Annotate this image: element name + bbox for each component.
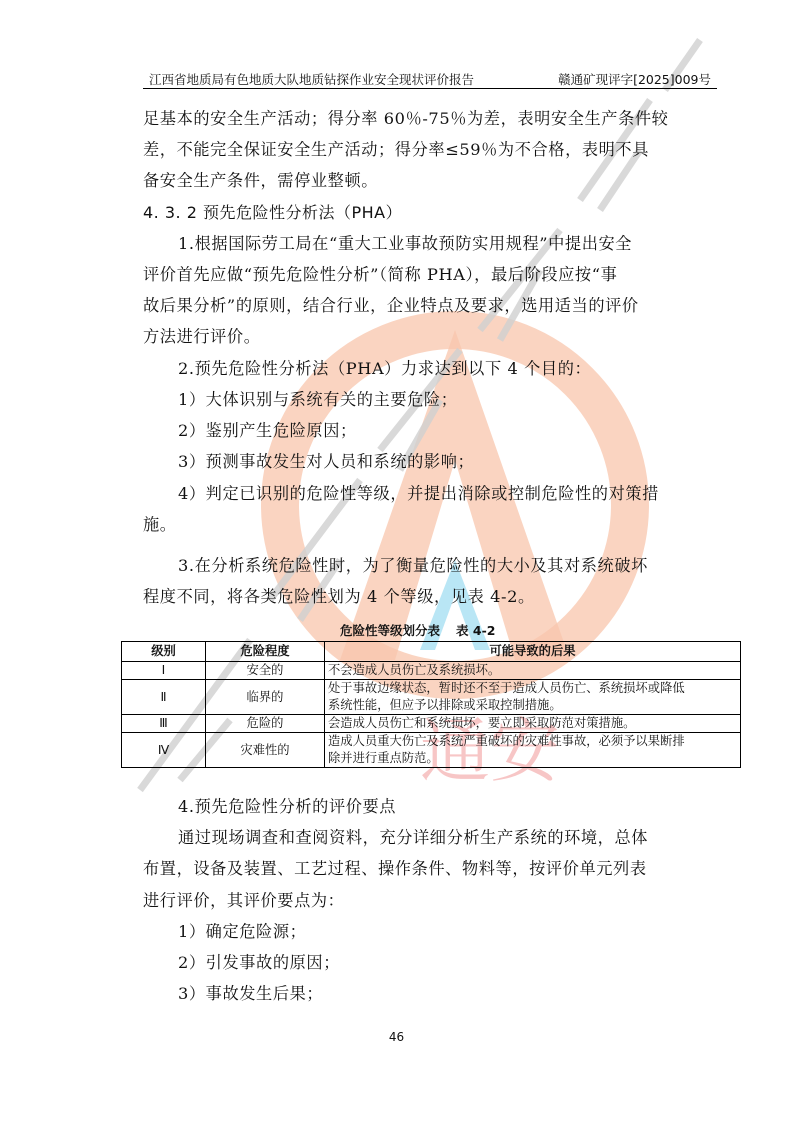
table-row: Ⅳ 灾难性的 造成人员重大伤亡及系统严重破坏的灾难性事故，必须予以果断排除并进行…	[122, 733, 741, 768]
paragraph-line: 施。	[143, 509, 719, 540]
cell-level: Ⅲ	[122, 715, 206, 733]
table-row: Ⅲ 危险的 会造成人员伤亡和系统损坏，要立即采取防范对策措施。	[122, 715, 741, 733]
list-item: 1）确定危险源；	[178, 916, 718, 947]
paragraph-line: 方法进行评价。	[143, 321, 719, 352]
document-number: 赣通矿现评字[2025]009号	[558, 70, 711, 88]
paragraph-line: 进行评价，其评价要点为：	[143, 885, 719, 916]
cell-consequence: 会造成人员伤亡和系统损坏，要立即采取防范对策措施。	[325, 715, 741, 733]
header-level: 级别	[122, 642, 206, 662]
cell-level: Ⅱ	[122, 680, 206, 715]
table-header-row: 级别 危险程度 可能导致的后果	[122, 642, 741, 662]
header-degree: 危险程度	[206, 642, 325, 662]
paragraph-line: 评价首先应做“预先危险性分析”（简称 PHA），最后阶段应按“事	[143, 259, 719, 290]
paragraph-line: 布置，设备及装置、工艺过程、操作条件、物料等，按评价单元列表	[143, 853, 719, 884]
page-header: 江西省地质局有色地质大队地质钻探作业安全现状评价报告 赣通矿现评字[2025]0…	[143, 68, 717, 89]
paragraph-line: 4.预先危险性分析的评价要点	[178, 791, 718, 822]
paragraph-line: 差，不能完全保证安全生产活动；得分率≤59％为不合格，表明不具	[143, 134, 719, 165]
cell-level: Ⅳ	[122, 733, 206, 768]
cell-consequence: 处于事故边缘状态，暂时还不至于造成人员伤亡、系统损坏或降低系统性能，但应予以排除…	[325, 680, 741, 715]
cell-consequence-line: 造成人员重大伤亡及系统严重破坏的灾难性事故，必须予以果断排	[328, 733, 737, 750]
paragraph-line: 通过现场调查和查阅资料，充分详细分析生产系统的环境，总体	[178, 822, 718, 853]
cell-consequence: 造成人员重大伤亡及系统严重破坏的灾难性事故，必须予以果断排除并进行重点防范。	[325, 733, 741, 768]
cell-consequence-line: 不会造成人员伤亡及系统损坏。	[328, 662, 737, 679]
table-row: Ⅱ 临界的 处于事故边缘状态，暂时还不至于造成人员伤亡、系统损坏或降低系统性能，…	[122, 680, 741, 715]
list-item: 3）事故发生后果；	[178, 978, 718, 1009]
report-title: 江西省地质局有色地质大队地质钻探作业安全现状评价报告	[149, 70, 474, 88]
paragraph-line: 足基本的安全生产活动；得分率 60％-75％为差，表明安全生产条件较	[143, 103, 719, 134]
list-item: 2）引发事故的原因；	[178, 947, 718, 978]
paragraph-line: 故后果分析”的原则，结合行业，企业特点及要求，选用适当的评价	[143, 290, 719, 321]
cell-consequence-line: 系统性能，但应予以排除或采取控制措施。	[328, 697, 737, 714]
hazard-grade-table: 级别 危险程度 可能导致的后果 Ⅰ 安全的 不会造成人员伤亡及系统损坏。 Ⅱ 临…	[121, 641, 741, 768]
cell-degree: 安全的	[206, 662, 325, 680]
cell-degree: 灾难性的	[206, 733, 325, 768]
table-caption-number: 表 4-2	[456, 623, 495, 638]
paragraph-line: 备安全生产条件，需停业整顿。	[143, 165, 719, 196]
cell-consequence-line: 处于事故边缘状态，暂时还不至于造成人员伤亡、系统损坏或降低	[328, 680, 737, 697]
list-item: 4）判定已识别的危险性等级，并提出消除或控制危险性的对策措	[178, 478, 718, 509]
cell-consequence-line: 会造成人员伤亡和系统损坏，要立即采取防范对策措施。	[328, 715, 737, 732]
table-caption-title: 危险性等级划分表	[340, 623, 440, 638]
cell-level: Ⅰ	[122, 662, 206, 680]
list-item: 3）预测事故发生对人员和系统的影响；	[178, 446, 718, 477]
cell-consequence: 不会造成人员伤亡及系统损坏。	[325, 662, 741, 680]
list-item: 2）鉴别产生危险原因；	[178, 415, 718, 446]
cell-consequence-line: 除并进行重点防范。	[328, 750, 737, 767]
paragraph-line: 2.预先危险性分析法（PHA）力求达到以下 4 个目的：	[178, 353, 718, 384]
table-caption: 危险性等级划分表表 4-2	[340, 621, 495, 639]
table-row: Ⅰ 安全的 不会造成人员伤亡及系统损坏。	[122, 662, 741, 680]
paragraph-line: 程度不同，将各类危险性划为 4 个等级，见表 4-2。	[143, 581, 719, 612]
paragraph-line: 1.根据国际劳工局在“重大工业事故预防实用规程”中提出安全	[178, 228, 718, 259]
page-number: 46	[0, 1030, 793, 1044]
cell-degree: 临界的	[206, 680, 325, 715]
header-consequence: 可能导致的后果	[325, 642, 741, 662]
paragraph-line: 3.在分析系统危险性时，为了衡量危险性的大小及其对系统破坏	[178, 550, 718, 581]
section-heading: 4. 3. 2 预先危险性分析法（PHA）	[143, 197, 719, 228]
list-item: 1）大体识别与系统有关的主要危险；	[178, 384, 718, 415]
cell-degree: 危险的	[206, 715, 325, 733]
